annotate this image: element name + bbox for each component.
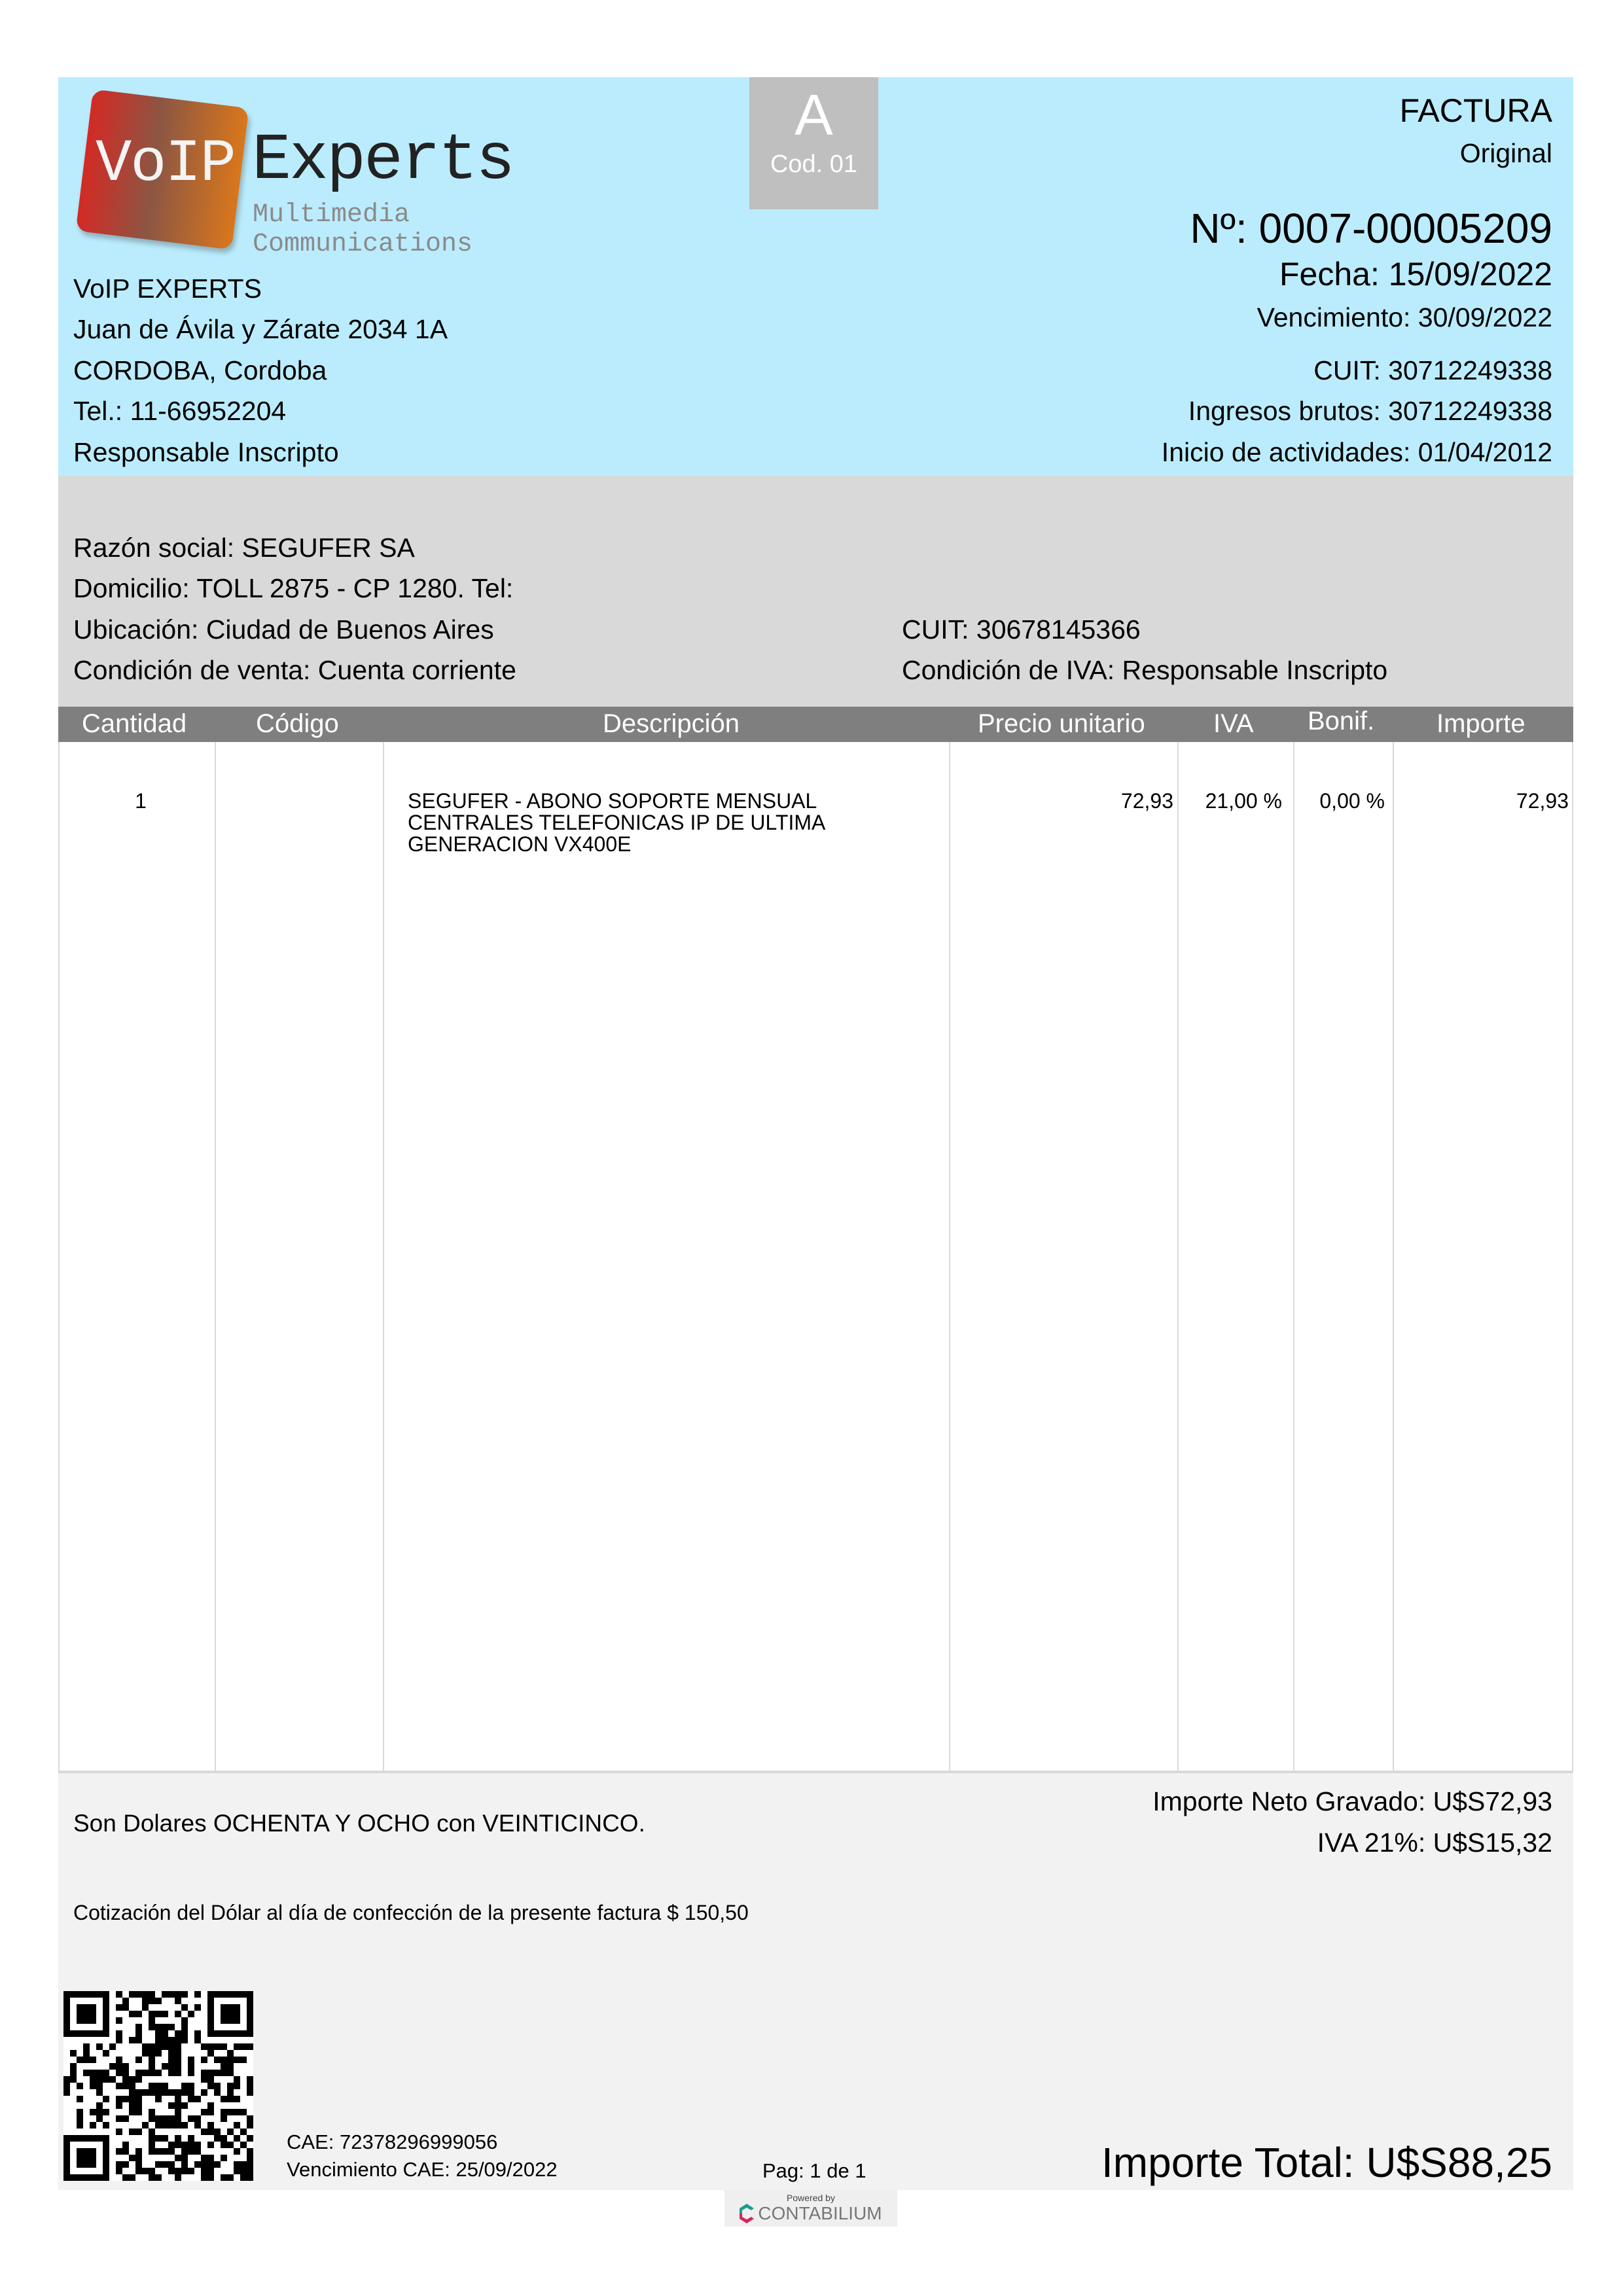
column-divider	[949, 742, 950, 1771]
items-table-header: Cantidad Código Descripción Precio unita…	[58, 707, 1573, 742]
invoice-type-letter: A	[749, 86, 878, 144]
contabilium-brand: CONTABILIUM	[758, 2203, 882, 2224]
column-divider	[215, 742, 216, 1771]
powered-by-badge[interactable]: Powered by CONTABILIUM	[724, 2190, 897, 2227]
page-number: Pag: 1 de 1	[762, 2159, 866, 2183]
row-bonif: 0,00 %	[1298, 790, 1385, 812]
invoice-copy: Original	[1460, 138, 1552, 169]
invoice-number: Nº: 0007-00005209	[1190, 204, 1552, 253]
logo-name: Experts	[252, 124, 513, 198]
client-condicion-venta: Condición de venta: Cuenta corriente	[73, 655, 516, 686]
invoice-due-date: Vencimiento: 30/09/2022	[1257, 302, 1552, 333]
invoice-date: Fecha: 15/09/2022	[1279, 255, 1552, 293]
row-descripcion-line-1: SEGUFER - ABONO SOPORTE MENSUAL	[408, 790, 817, 812]
col-importe: Importe	[1436, 709, 1525, 739]
row-precio-unitario: 72,93	[955, 790, 1173, 812]
powered-by-label: Powered by	[724, 2193, 897, 2203]
items-table-body	[58, 742, 1573, 1771]
invoice-title: FACTURA	[1400, 92, 1552, 130]
row-descripcion-line-3: GENERACION VX400E	[408, 834, 631, 855]
issuer-city: CORDOBA, Cordoba	[73, 355, 327, 386]
col-iva: IVA	[1213, 709, 1254, 739]
client-ubicacion: Ubicación: Ciudad de Buenos Aires	[73, 614, 494, 645]
column-divider	[1393, 742, 1394, 1771]
iva-amount: IVA 21%: U$S15,32	[1317, 1828, 1552, 1858]
logo-brand: VoIP	[96, 130, 235, 198]
cae-number: CAE: 72378296999056	[287, 2130, 497, 2154]
qr-code-icon	[63, 1991, 254, 2181]
neto-gravado: Importe Neto Gravado: U$S72,93	[1152, 1786, 1552, 1817]
company-logo: VoIP Experts Multimedia Communications	[72, 84, 628, 254]
client-domicilio: Domicilio: TOLL 2875 - CP 1280. Tel:	[73, 573, 513, 604]
logo-tagline: Multimedia Communications	[253, 200, 628, 259]
row-cantidad: 1	[124, 790, 157, 812]
col-cantidad: Cantidad	[82, 709, 187, 739]
col-codigo: Código	[256, 709, 339, 739]
amount-in-words: Son Dolares OCHENTA Y OCHO con VEINTICIN…	[73, 1810, 645, 1837]
client-condicion-iva: Condición de IVA: Responsable Inscripto	[902, 655, 1387, 686]
contabilium-logo-icon	[740, 2204, 754, 2223]
issuer-name: VoIP EXPERTS	[73, 274, 262, 304]
exchange-rate: Cotización del Dólar al día de confecció…	[73, 1901, 749, 1925]
row-descripcion-line-2: CENTRALES TELEFONICAS IP DE ULTIMA	[408, 812, 825, 834]
column-divider	[383, 742, 384, 1771]
client-razon-social: Razón social: SEGUFER SA	[73, 533, 415, 563]
row-importe: 72,93	[1397, 790, 1569, 812]
issuer-address: Juan de Ávila y Zárate 2034 1A	[73, 314, 448, 345]
cae-due-date: Vencimiento CAE: 25/09/2022	[287, 2158, 558, 2181]
issuer-cuit: CUIT: 30712249338	[1313, 355, 1552, 386]
row-iva: 21,00 %	[1182, 790, 1282, 812]
client-cuit: CUIT: 30678145366	[902, 614, 1141, 645]
invoice-type-box: A Cod. 01	[749, 77, 878, 209]
col-precio-unitario: Precio unitario	[978, 709, 1145, 739]
issuer-tax-condition: Responsable Inscripto	[73, 437, 339, 468]
issuer-phone: Tel.: 11-66952204	[73, 396, 286, 427]
col-descripcion: Descripción	[603, 709, 740, 739]
total-amount: Importe Total: U$S88,25	[1101, 2138, 1552, 2187]
column-divider	[1293, 742, 1294, 1771]
col-bonif: Bonif.	[1308, 707, 1374, 736]
column-divider	[1177, 742, 1179, 1771]
issuer-start-date: Inicio de actividades: 01/04/2012	[1162, 437, 1552, 468]
issuer-gross-income: Ingresos brutos: 30712249338	[1188, 396, 1552, 427]
invoice-type-code: Cod. 01	[749, 150, 878, 179]
